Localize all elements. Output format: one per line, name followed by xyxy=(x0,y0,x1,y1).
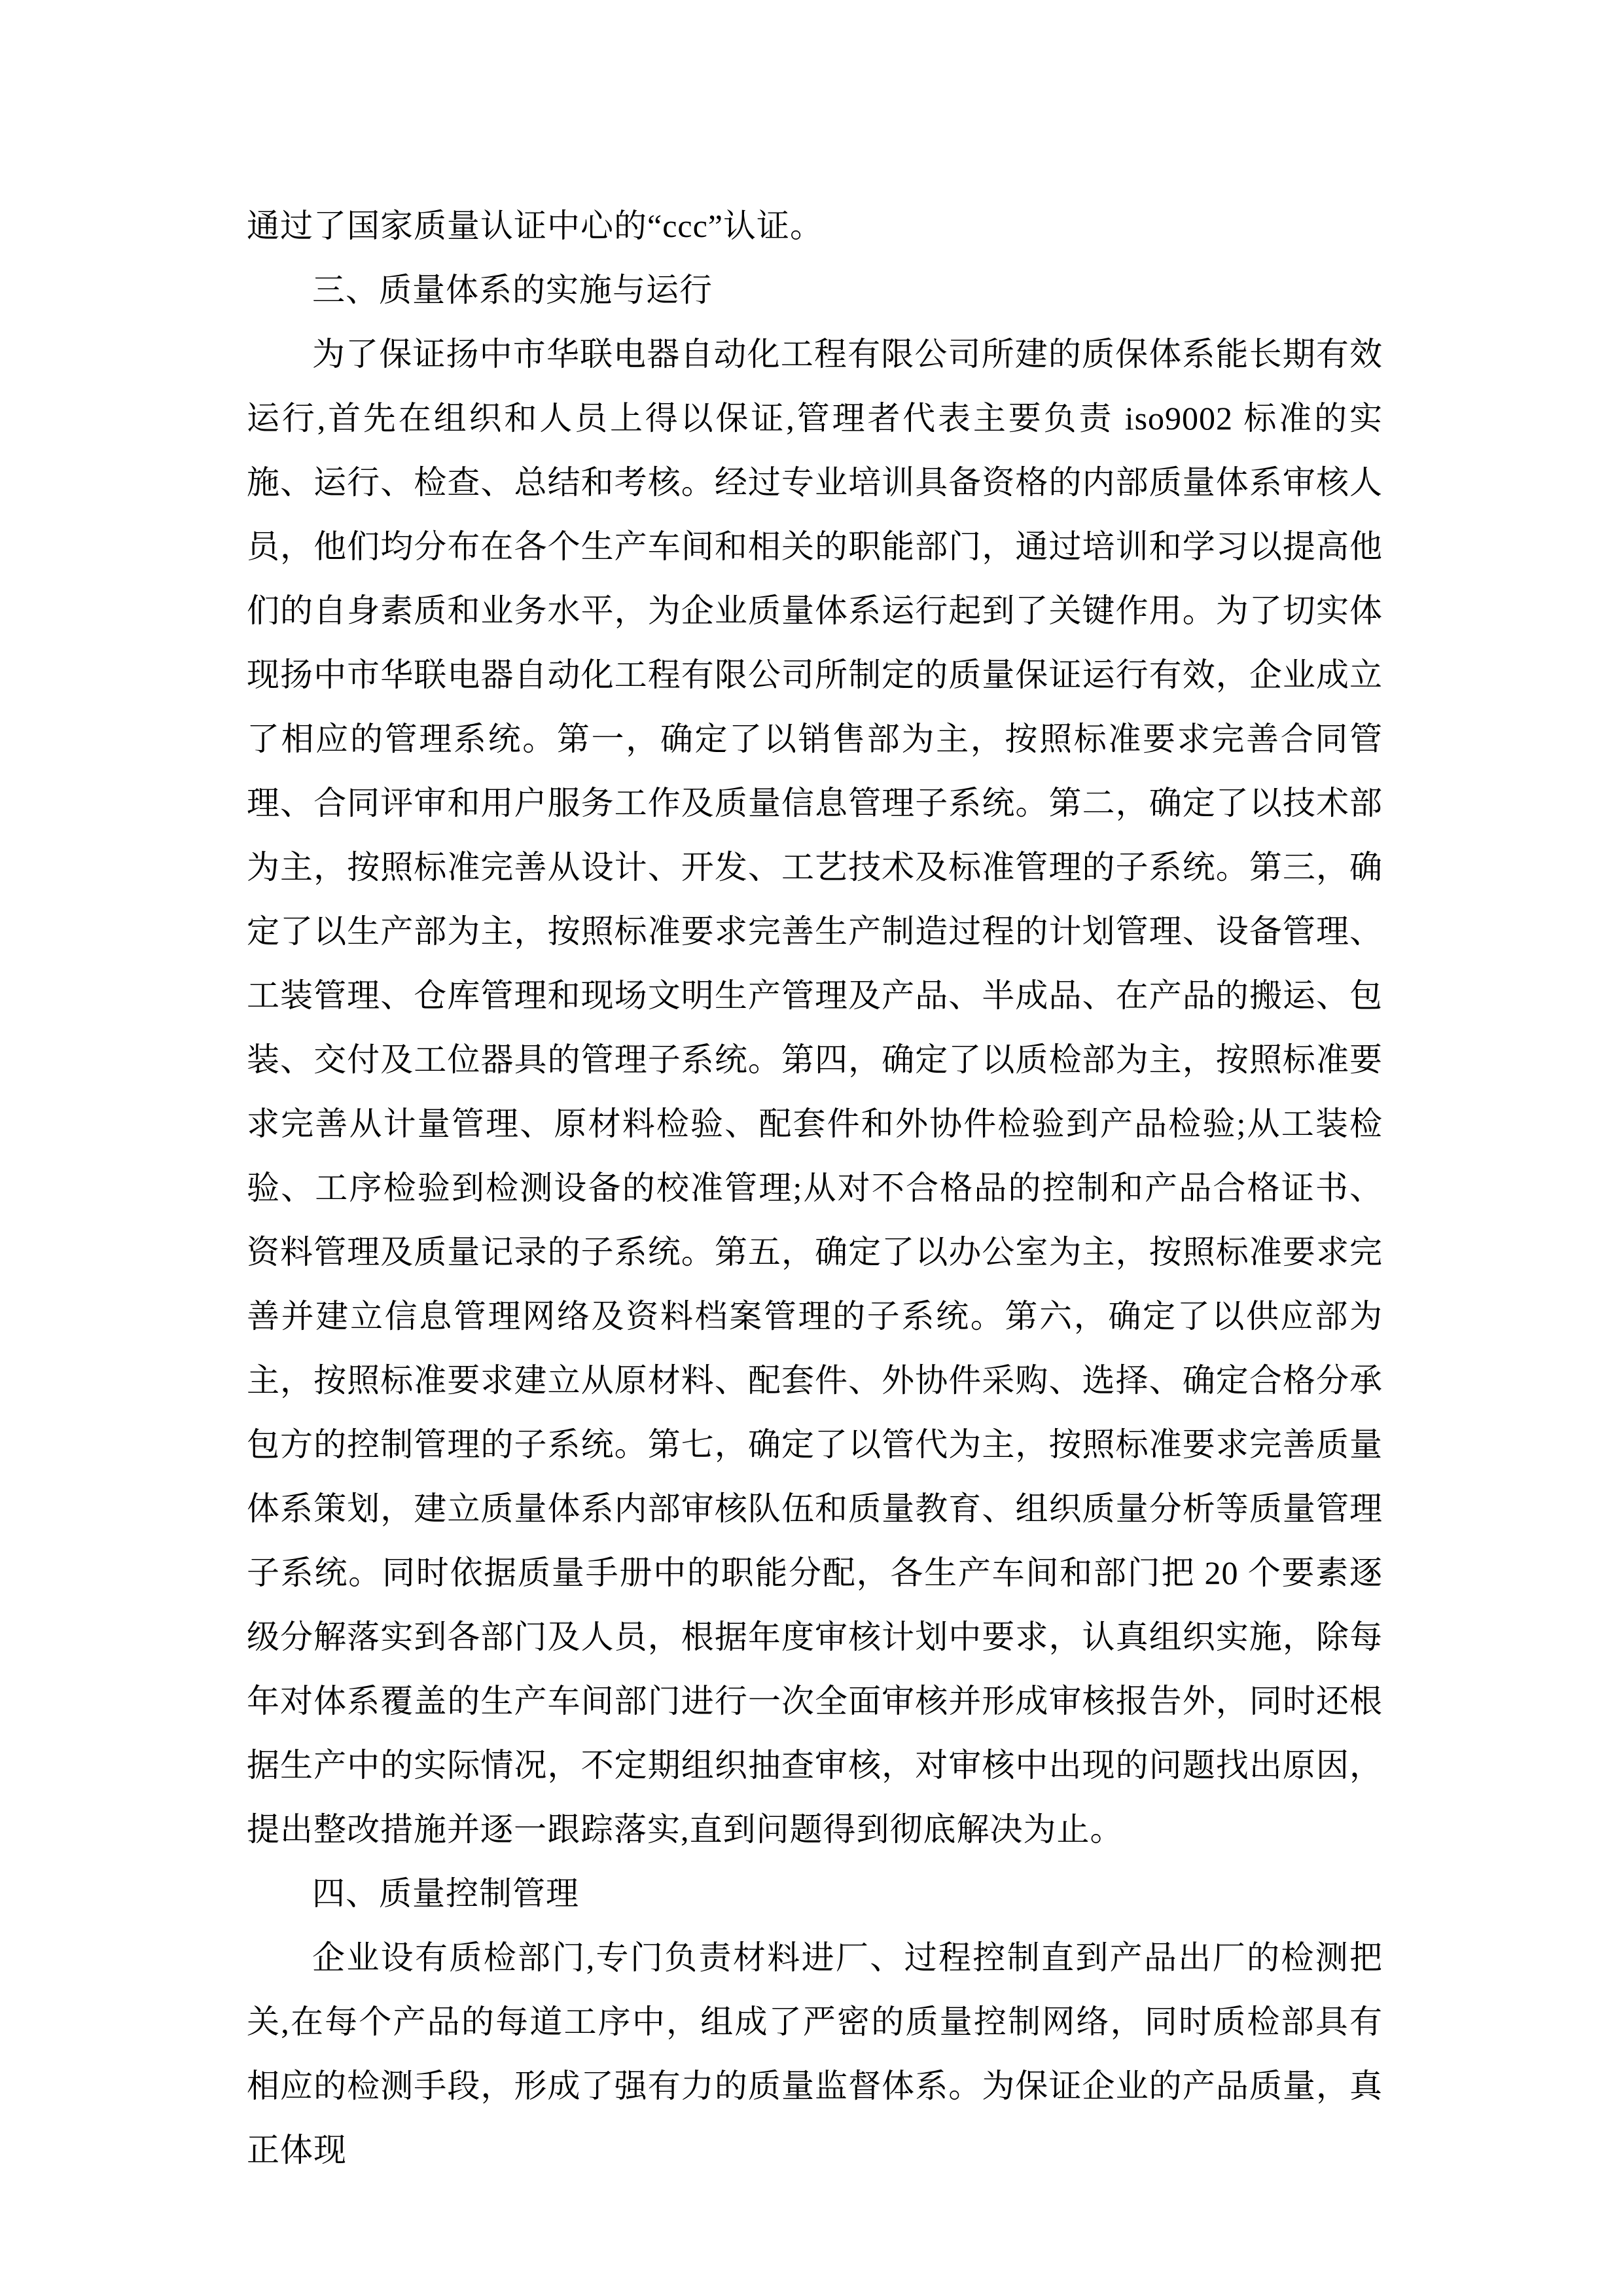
section-heading: 四、质量控制管理 xyxy=(247,1861,1383,1926)
paragraph: 企业设有质检部门,专门负责材料进厂、过程控制直到产品出厂的检测把关,在每个产品的… xyxy=(247,1926,1383,2182)
document-page: 通过了国家质量认证中心的“ccc”认证。三、质量体系的实施与运行为了保证扬中市华… xyxy=(0,0,1623,2296)
text-body: 通过了国家质量认证中心的“ccc”认证。三、质量体系的实施与运行为了保证扬中市华… xyxy=(247,194,1383,2182)
paragraph: 为了保证扬中市华联电器自动化工程有限公司所建的质保体系能长期有效运行,首先在组织… xyxy=(247,322,1383,1861)
section-heading: 三、质量体系的实施与运行 xyxy=(247,258,1383,322)
paragraph: 通过了国家质量认证中心的“ccc”认证。 xyxy=(247,194,1383,258)
